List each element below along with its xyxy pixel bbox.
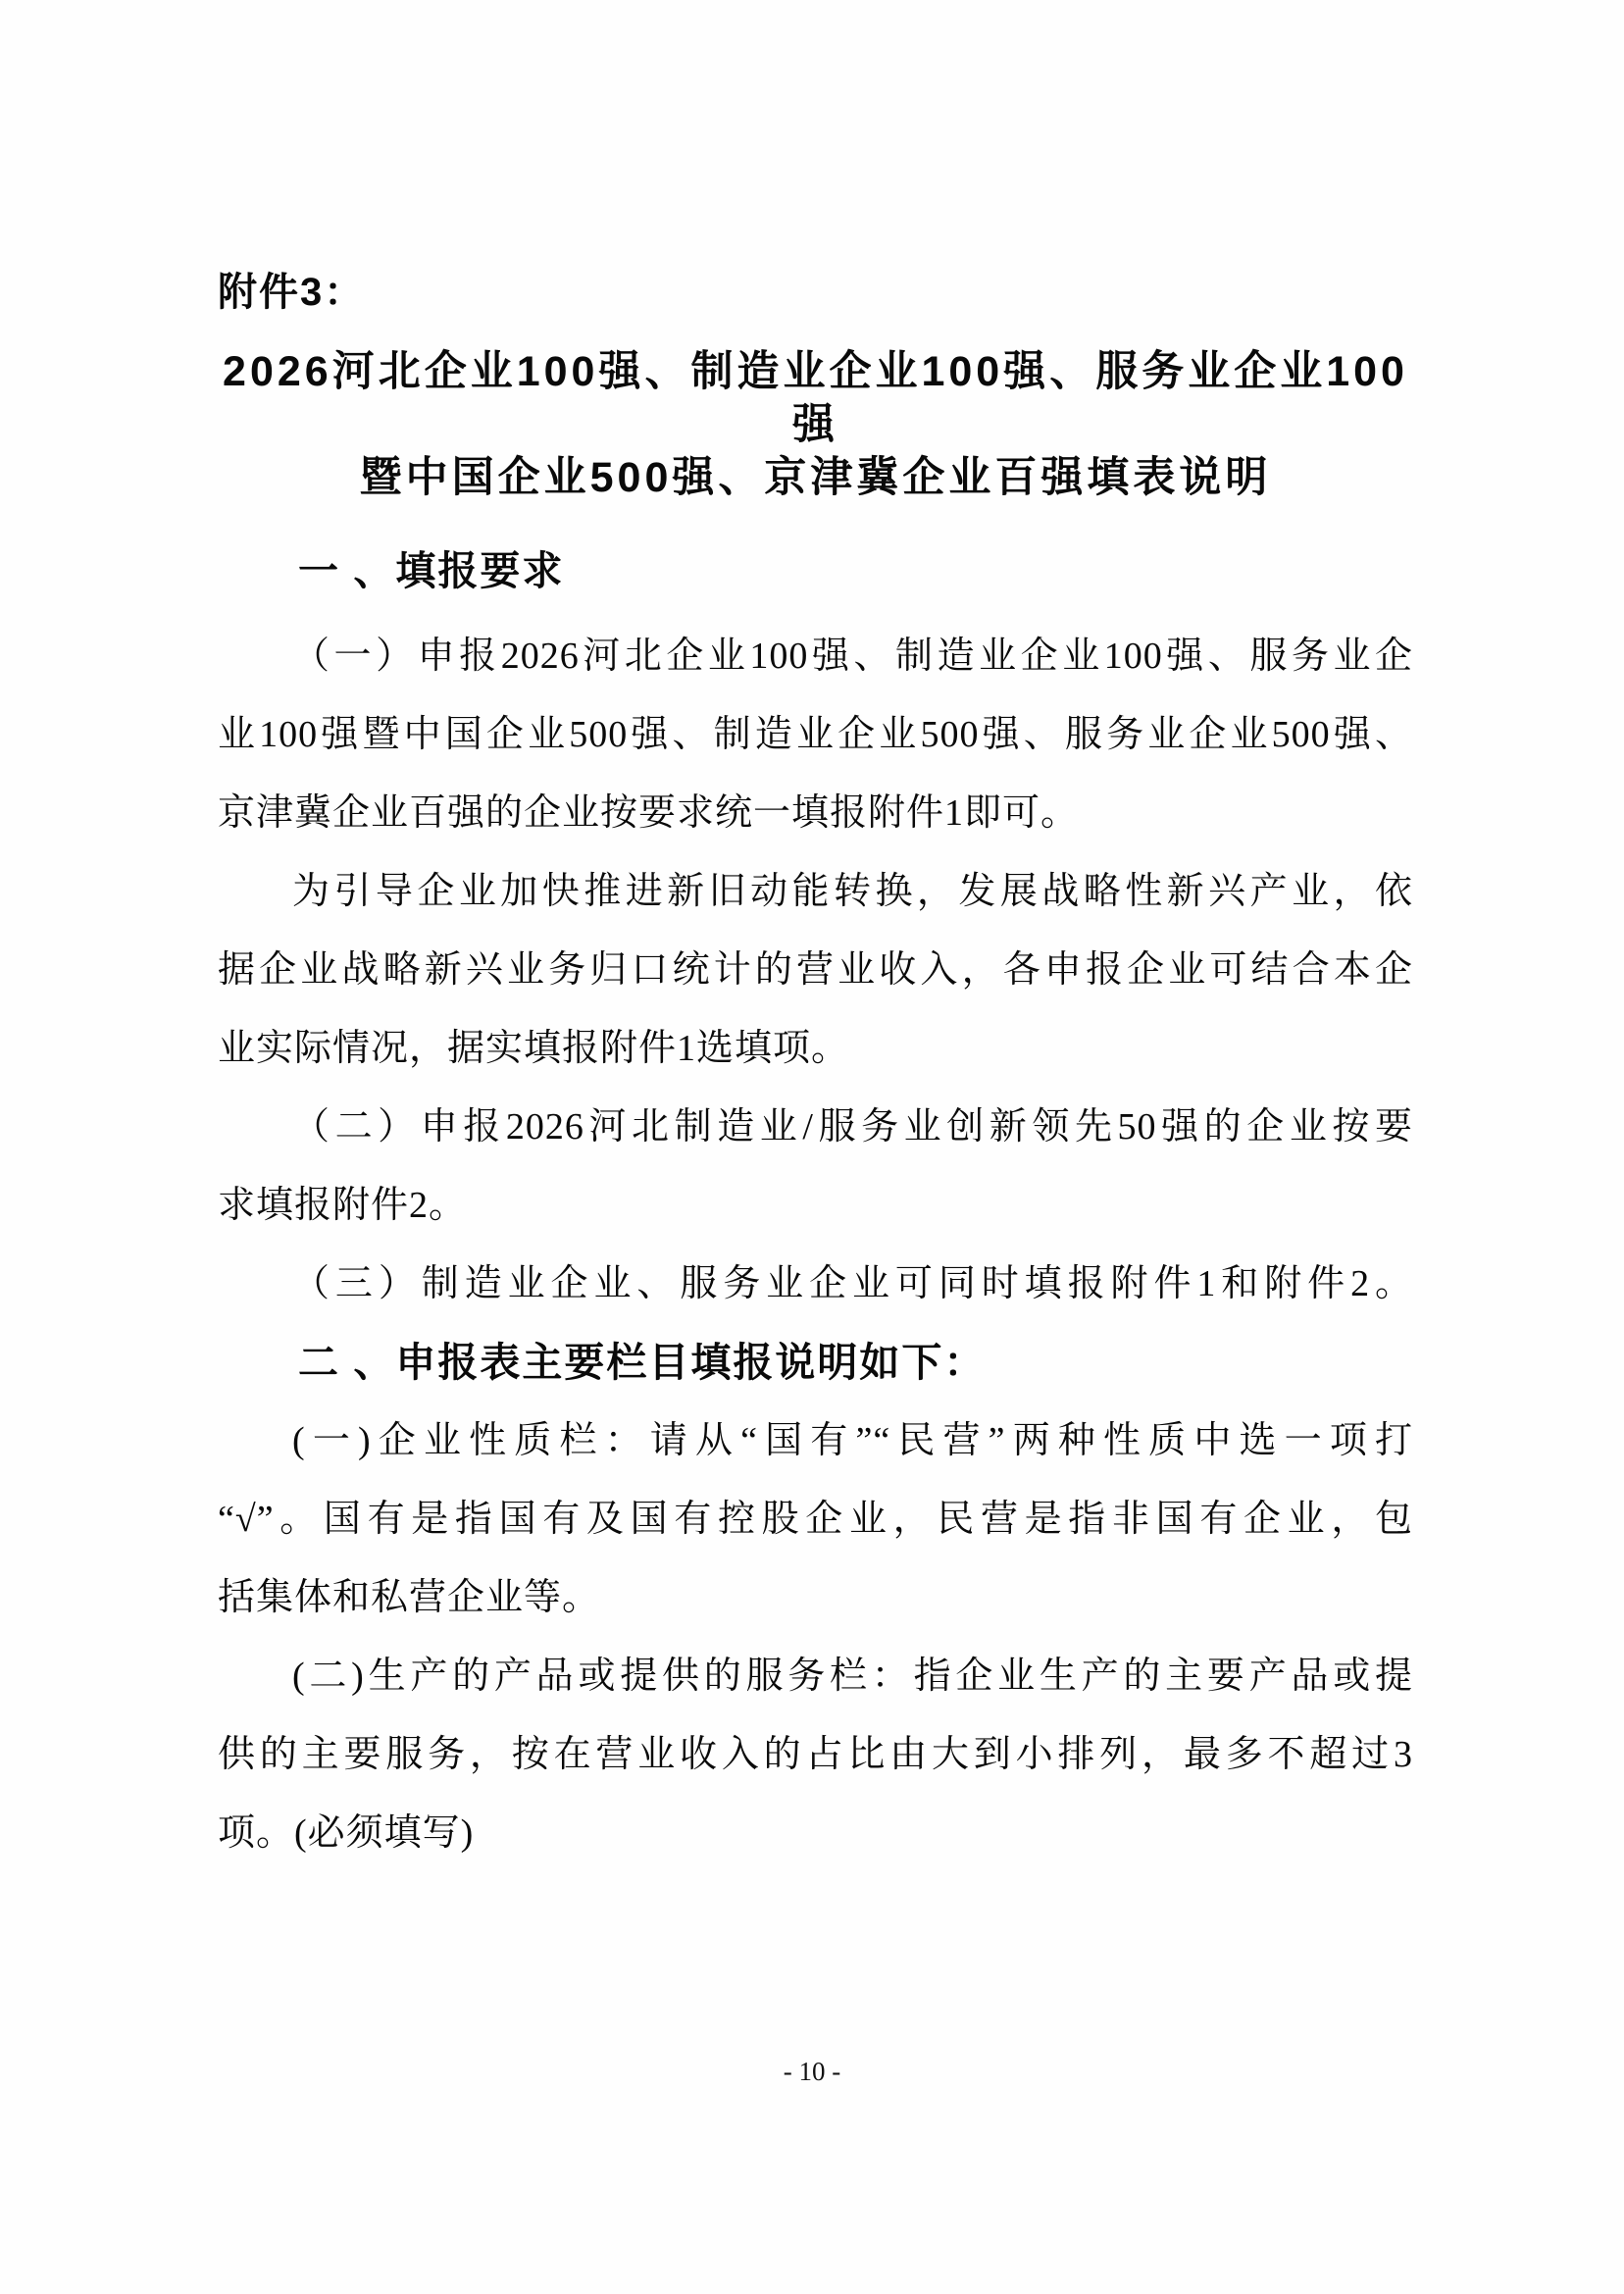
document-body: （一）申报2026河北企业100强、制造业企业100强、服务业企 业100强暨中… — [218, 617, 1413, 1872]
document-title: 2026河北企业100强、制造业企业100强、服务业企业100强 暨中国企业50… — [218, 345, 1413, 504]
text-line: 求填报附件2。 — [218, 1166, 1413, 1245]
text-line: 供的主要服务，按在营业收入的占比由大到小排列，最多不超过3 — [218, 1715, 1413, 1794]
text-line: 业100强暨中国企业500强、制造业企业500强、服务业企业500强、 — [218, 695, 1413, 774]
text-line: （二）申报2026河北制造业/服务业创新领先50强的企业按要 — [218, 1088, 1413, 1166]
text-line: 项。(必须填写) — [218, 1794, 1413, 1872]
section-1-heading: 一 、填报要求 — [218, 547, 1413, 594]
page-number: - 10 - — [0, 2056, 1624, 2087]
document-title-line-2: 暨中国企业500强、京津冀企业百强填表说明 — [218, 451, 1413, 504]
section-2-heading: 二 、申报表主要栏目填报说明如下： — [218, 1323, 1413, 1402]
text-line: 括集体和私营企业等。 — [218, 1558, 1413, 1637]
document-page: 附件3： 2026河北企业100强、制造业企业100强、服务业企业100强 暨中… — [0, 0, 1624, 2294]
text-line: （一）申报2026河北企业100强、制造业企业100强、服务业企 — [218, 617, 1413, 695]
document-title-line-1: 2026河北企业100强、制造业企业100强、服务业企业100强 — [218, 345, 1413, 451]
text-line: “√”。国有是指国有及国有控股企业，民营是指非国有企业，包 — [218, 1480, 1413, 1558]
text-line: 京津冀企业百强的企业按要求统一填报附件1即可。 — [218, 774, 1413, 852]
text-line: (一)企业性质栏：请从“国有”“民营”两种性质中选一项打 — [218, 1402, 1413, 1480]
text-line: 为引导企业加快推进新旧动能转换，发展战略性新兴产业，依 — [218, 852, 1413, 931]
text-line: (二)生产的产品或提供的服务栏：指企业生产的主要产品或提 — [218, 1637, 1413, 1715]
text-line: （三）制造业企业、服务业企业可同时填报附件1和附件2。 — [218, 1245, 1413, 1323]
text-line: 据企业战略新兴业务归口统计的营业收入，各申报企业可结合本企 — [218, 931, 1413, 1009]
attachment-label: 附件3： — [218, 271, 1413, 314]
text-line: 业实际情况，据实填报附件1选填项。 — [218, 1009, 1413, 1088]
